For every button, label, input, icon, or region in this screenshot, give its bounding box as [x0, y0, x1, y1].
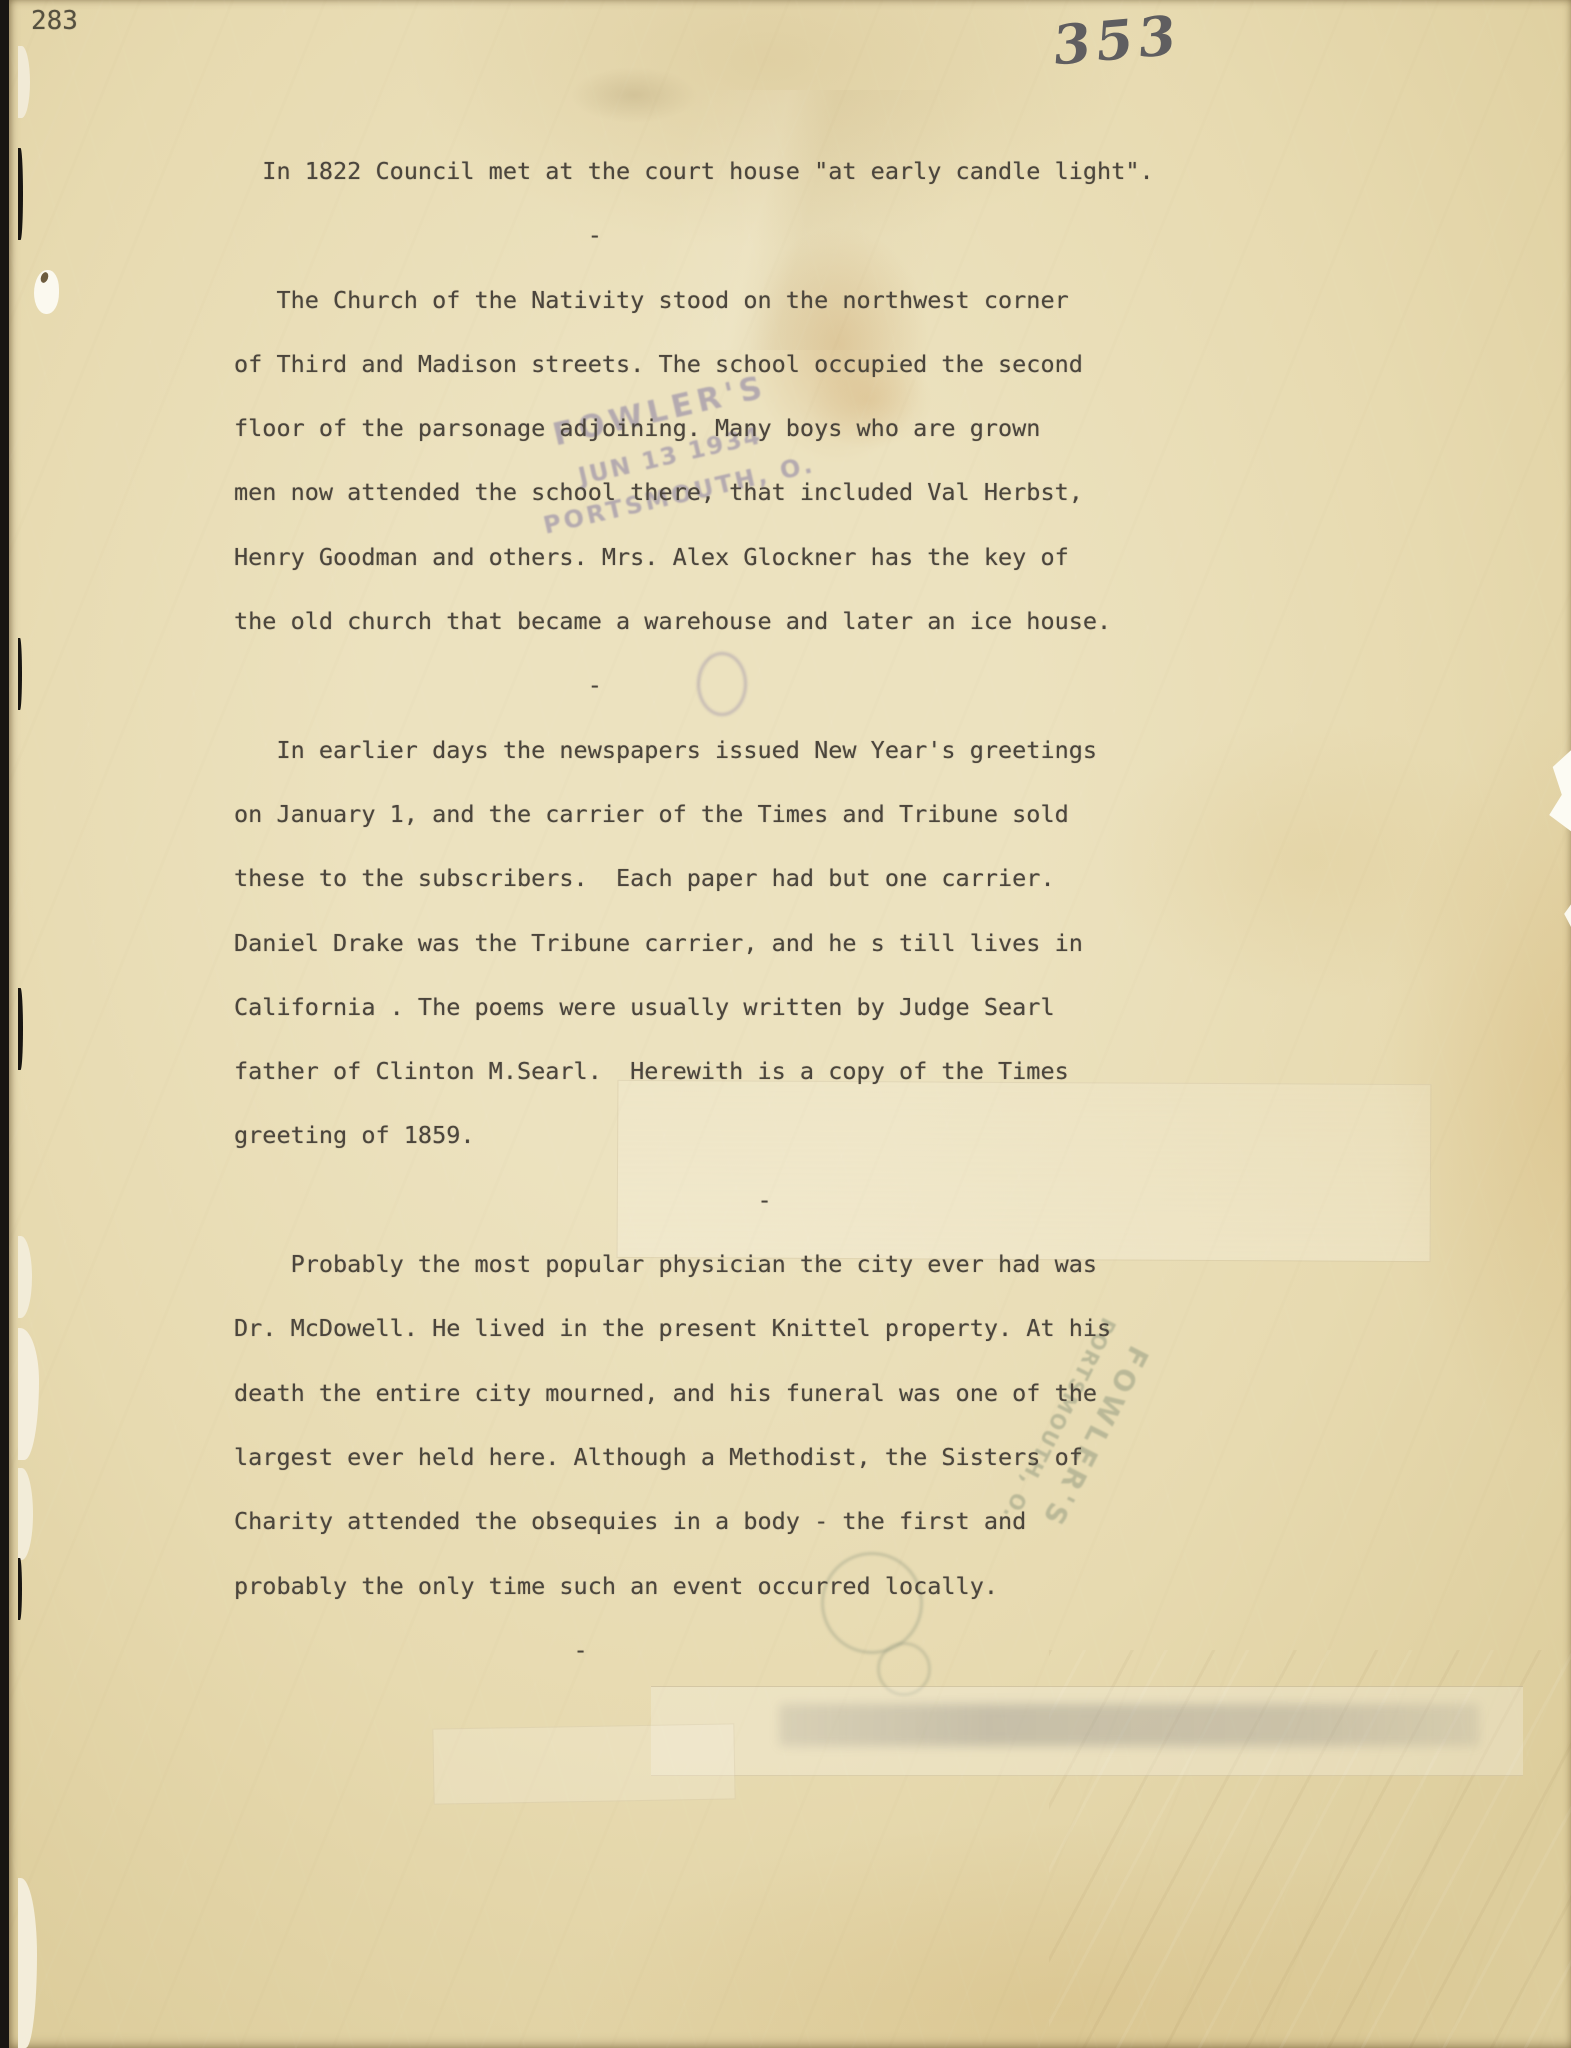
- handwritten-page-number: 353: [1051, 2, 1183, 78]
- paper-hole-shadow: [39, 271, 49, 284]
- torn-edge-left: [18, 46, 30, 118]
- typed-line: floor of the parsonage adjoining. Many b…: [234, 396, 1154, 460]
- torn-edge-left: [18, 1878, 37, 2048]
- edge-dark-jag: [18, 1558, 22, 1620]
- typed-page-number: 283: [31, 6, 78, 36]
- typed-line: Dr. McDowell. He lived in the present Kn…: [234, 1296, 1154, 1360]
- paper-sheet: FOWLER'S JUN 13 1934 PORTSMOUTH, O. FOWL…: [9, 0, 1571, 2048]
- typed-line: men now attended the school there, that …: [234, 460, 1154, 524]
- torn-notch-right: [1545, 742, 1571, 838]
- torn-edge-left: [18, 1328, 39, 1460]
- typed-line: Daniel Drake was the Tribune carrier, an…: [234, 911, 1154, 975]
- typescript-text-block: In 1822 Council met at the court house "…: [234, 139, 1154, 1682]
- scanned-document: FOWLER'S JUN 13 1934 PORTSMOUTH, O. FOWL…: [0, 0, 1571, 2048]
- typed-line: In 1822 Council met at the court house "…: [234, 139, 1154, 203]
- paper-hole: [34, 270, 59, 314]
- typed-line: the old church that became a warehouse a…: [234, 589, 1154, 653]
- torn-edge-left: [18, 1468, 33, 1560]
- typed-line: In earlier days the newspapers issued Ne…: [234, 718, 1154, 782]
- typed-line: probably the only time such an event occ…: [234, 1554, 1154, 1618]
- typed-line: Henry Goodman and others. Mrs. Alex Gloc…: [234, 525, 1154, 589]
- typed-line: these to the subscribers. Each paper had…: [234, 846, 1154, 910]
- typed-line: -: [234, 1618, 1154, 1682]
- typed-line: death the entire city mourned, and his f…: [234, 1361, 1154, 1425]
- edge-dark-jag: [18, 148, 23, 240]
- edge-dark-jag: [18, 988, 23, 1070]
- typed-line: Probably the most popular physician the …: [234, 1232, 1154, 1296]
- typed-line: California . The poems were usually writ…: [234, 975, 1154, 1039]
- tape-strip: [651, 1686, 1523, 1776]
- tape-strip-small: [432, 1723, 735, 1804]
- typed-line: -: [234, 653, 1154, 717]
- tape-ghost-text-smudge: [779, 1704, 1479, 1746]
- typed-line: father of Clinton M.Searl. Herewith is a…: [234, 1039, 1154, 1103]
- torn-nick-right: [1558, 892, 1571, 944]
- typed-line: of Third and Madison streets. The school…: [234, 332, 1154, 396]
- typed-line: -: [234, 203, 1154, 267]
- torn-edge-left: [18, 1236, 32, 1318]
- edge-dark-jag: [18, 638, 22, 710]
- typed-line: on January 1, and the carrier of the Tim…: [234, 782, 1154, 846]
- typed-line: greeting of 1859.: [234, 1103, 1154, 1167]
- typed-line: Charity attended the obsequies in a body…: [234, 1489, 1154, 1553]
- typed-line: largest ever held here. Although a Metho…: [234, 1425, 1154, 1489]
- typed-line: -: [234, 1168, 1154, 1232]
- typed-line: The Church of the Nativity stood on the …: [234, 268, 1154, 332]
